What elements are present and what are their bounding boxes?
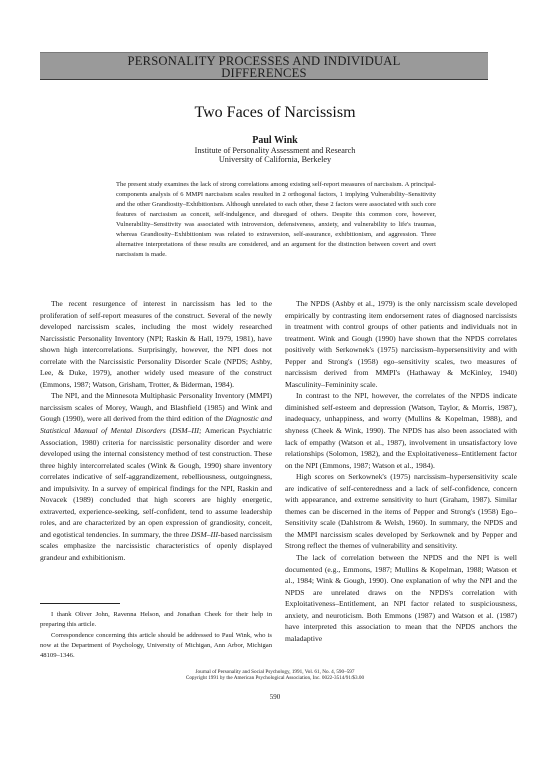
affiliation-institute: Institute of Personality Assessment and … [0,146,550,155]
correspondence-note: Correspondence concerning this article s… [40,631,272,662]
acknowledgment-note: I thank Oliver John, Ravenna Helson, and… [40,610,272,631]
paragraph: The NPDS (Ashby et al., 1979) is the onl… [285,298,517,390]
paragraph: The lack of correlation between the NPDS… [285,552,517,644]
abstract: The present study examines the lack of s… [116,180,436,260]
section-banner: PERSONALITY PROCESSES AND INDIVIDUAL DIF… [40,52,488,80]
paragraph: High scores on Serkownek's (1975) narcis… [285,471,517,552]
banner-line-2: DIFFERENCES [40,67,488,79]
footnotes: I thank Oliver John, Ravenna Helson, and… [40,610,272,661]
paragraph: The NPI, and the Minnesota Multiphasic P… [40,390,272,563]
left-column: The recent resurgence of interest in nar… [40,298,272,564]
paragraph: The recent resurgence of interest in nar… [40,298,272,390]
right-column: The NPDS (Ashby et al., 1979) is the onl… [285,298,517,644]
journal-info: Journal of Personality and Social Psycho… [0,669,550,681]
paragraph-text: American Psychiatric Association, 1980) … [40,426,272,539]
article-title: Two Faces of Narcissism [0,104,550,122]
author-name: Paul Wink [0,135,550,146]
italic-abbrev: DSM–III; [172,426,202,435]
paragraph: In contrast to the NPI, however, the cor… [285,390,517,471]
author-block: Paul Wink Institute of Personality Asses… [0,135,550,164]
footnote-divider [40,603,120,604]
affiliation-university: University of California, Berkeley [0,155,550,164]
page-number: 590 [0,693,550,701]
copyright-notice: Copyright 1991 by the American Psycholog… [0,675,550,681]
italic-abbrev: DSM–III [191,530,218,539]
